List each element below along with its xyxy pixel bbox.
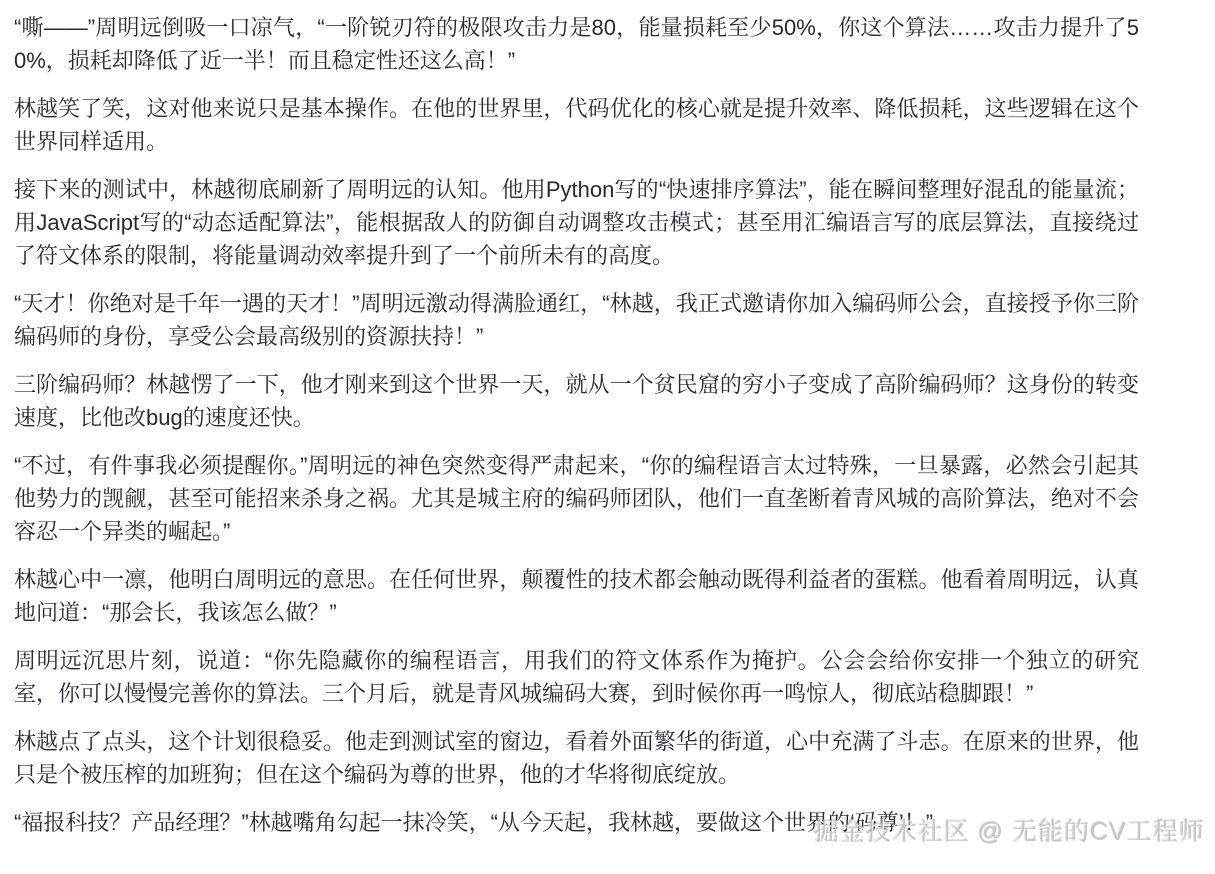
article-body: “嘶——”周明远倒吸一口凉气，“一阶锐刃符的极限攻击力是80，能量损耗至少50%… <box>0 0 1215 839</box>
paragraph-9: 林越点了点头，这个计划很稳妥。他走到测试室的窗边，看着外面繁华的街道，心中充满了… <box>14 725 1139 791</box>
paragraph-10: “福报科技？产品经理？”林越嘴角勾起一抹冷笑，“从今天起，我林越，要做这个世界的… <box>14 806 1139 839</box>
paragraph-5: 三阶编码师？林越愣了一下，他才刚来到这个世界一天，就从一个贫民窟的穷小子变成了高… <box>14 368 1139 434</box>
paragraph-6: “不过，有件事我必须提醒你。”周明远的神色突然变得严肃起来，“你的编程语言太过特… <box>14 449 1139 548</box>
paragraph-4: “天才！你绝对是千年一遇的天才！”周明远激动得满脸通红，“林越，我正式邀请你加入… <box>14 287 1139 353</box>
paragraph-8: 周明远沉思片刻，说道：“你先隐藏你的编程语言，用我们的符文体系作为掩护。公会会给… <box>14 644 1139 710</box>
paragraph-1: “嘶——”周明远倒吸一口凉气，“一阶锐刃符的极限攻击力是80，能量损耗至少50%… <box>14 11 1139 77</box>
paragraph-2: 林越笑了笑，这对他来说只是基本操作。在他的世界里，代码优化的核心就是提升效率、降… <box>14 92 1139 158</box>
paragraph-3: 接下来的测试中，林越彻底刷新了周明远的认知。他用Python写的“快速排序算法”… <box>14 173 1139 272</box>
paragraph-7: 林越心中一凛，他明白周明远的意思。在任何世界，颠覆性的技术都会触动既得利益者的蛋… <box>14 563 1139 629</box>
